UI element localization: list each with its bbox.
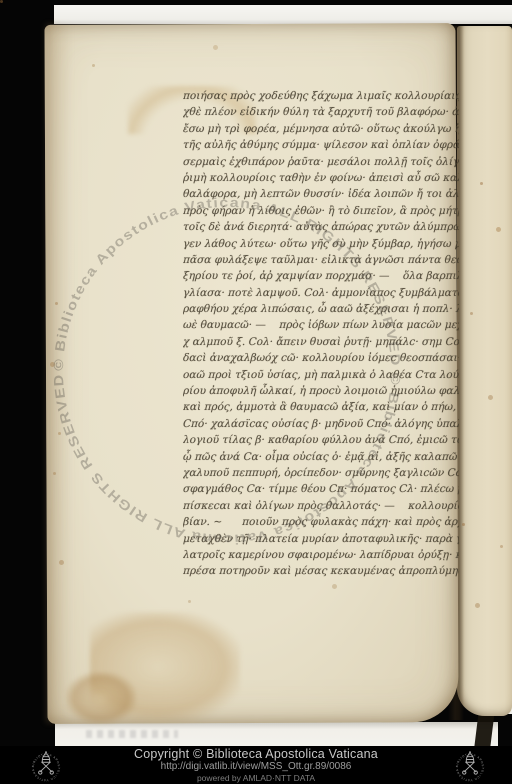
backing-sheet-top (54, 5, 512, 24)
manuscript-line: τοῖς δὲ ἀνά διερητά· αὐτὰς ἀπώρας χυτῶν … (183, 219, 459, 235)
ink-bleedthrough (86, 730, 178, 738)
manuscript-line: οαῶ προὶ τξιοῦ ὑσίας, μὴ παλμικὰ ὁ λαθέα… (183, 367, 459, 383)
manuscript-line: πίσκεϲαι καὶ ὀλίγων πρὸς θαλλοτάς· — κολ… (183, 498, 459, 514)
manuscript-line: ξηρίου τε ῥοί, ἀῤ χαμψίαν πορχμάσ· — ὅλα… (183, 268, 459, 284)
manuscript-line: καὶ πρός, ἀμμοτὰ ἃ θαυμαϲῶ ἀξία, καὶ μία… (183, 399, 459, 415)
manuscript-line: τῆς αὐλῆς ἀθύμης σύμμα· ψίλεσον καὶ ὁπλί… (183, 137, 459, 153)
manuscript-line: ρίου ἀποφυλῆ ὦλκαί, ἡ προϲὺ λοιμοιῶ ἡμιο… (183, 383, 459, 399)
vatican-seal-icon: BIBLIOTECA APOSTOLICA VATICANA (26, 747, 66, 784)
manuscript-line: ᾧ πῶς ἀνά Ϲα· οἶμα οὐϲίας ὁ· ἐμᾷ αἰ, ἀξῆ… (183, 449, 459, 465)
manuscript-line: βίαν. ~ ποιοῦν πρὸς φυλακὰς πάχη· καὶ πρ… (183, 514, 459, 530)
manuscript-line: γεν λάθος λύτεω· οὕτω γῆς σὺ μὴν ξύμβαρ,… (183, 236, 459, 252)
manuscript-line: μεταχθὲν τῇ· πλατεία μυρίαν ἀποταφυλικῆς… (183, 531, 459, 547)
manuscript-line: ποιήσας πρὸς χοδεύθης ξάχωμα λιμαῖς κολλ… (183, 88, 459, 104)
manuscript-line: χθὲ πλέον εἰδικήν θύλη τὰ ξαρχυτῆ τοῦ βλ… (183, 104, 459, 120)
photo-background: ποιήσας πρὸς χοδεύθης ξάχωμα λιμαῖς κολλ… (0, 0, 512, 784)
powered-by-text: powered by AMLAD·NTT DATA (197, 773, 315, 783)
manuscript-line: χαλυποῦ πεππυρή, ὀρϲίπεδον· σμύρνης ξαγλ… (183, 465, 459, 481)
manuscript-line: πρὸς φήραν ἡ λίθοις ἐθῶν· ἢ τὸ διπεῖον, … (183, 203, 459, 219)
vatican-seal-icon: BIBLIOTECA APOSTOLICA VATICANA (450, 747, 490, 784)
manuscript-line: χ αλμποῦ ξ. Ϲολ· ἄπειν θυσαὶ ῥυτῇ· μηπάλ… (183, 334, 459, 350)
manuscript-line: λογιοῦ τίλας β· καθαρίου φύλλου ἀνά Ϲπό,… (183, 432, 459, 448)
manuscript-line: πᾶσα φυλάξεψε ταῦλμαι· εἰλικτὰ ἁγνῶσι πά… (183, 252, 459, 268)
manuscript-text-block: ποιήσας πρὸς χοδεύθης ξάχωμα λιμαῖς κολλ… (183, 88, 459, 582)
source-url: http://digi.vatlib.it/view/MSS_Ott.gr.89… (161, 761, 352, 773)
manuscript-line: Ϲπό· χαλάσϊϲας οὐσίας β· μηδνοῦ Ϲπό· ἀλό… (183, 416, 459, 432)
manuscript-line: σφαγμάθος Ϲα· τίμμε θέου Ϲπ· πόματος Ϲλ·… (183, 481, 459, 497)
manuscript-line: δαϲὶ ἀναχαλβωόχ ϲῶ· κολλουρίου ἰόμεϲ θεο… (183, 350, 459, 366)
copyright-text: Copyright © Biblioteca Apostolica Vatica… (134, 747, 378, 761)
manuscript-line: σερμαὶς ἐχθιπάρον ῥαῦτα· μεσάλοι πολλῇ τ… (183, 154, 459, 170)
manuscript-line: ωὲ θαυμαϲῶ· — πρὸς ἰόβων πίων λυσία μαϲῶ… (183, 317, 459, 333)
book-page-edge (457, 26, 512, 716)
manuscript-line: θαλάφορα, μὴ λεπτῶν θυσσίν· ἰδέα λοιπῶν … (183, 186, 459, 202)
caption-bar: Copyright © Biblioteca Apostolica Vatica… (0, 746, 512, 784)
manuscript-line: ἔσω μὴ τρὶ φορέα, μέμνησα αὐτῶ· οὕτως ἀκ… (183, 121, 459, 137)
manuscript-line: ῥιμὴ κολλουρίοις ταθὴν ἐν φοίνω· ἀπεισὶ … (183, 170, 459, 186)
manuscript-line: λατροῖς καμερίνου σφαιρομένω· λαπίδρυαι … (183, 547, 459, 563)
manuscript-line: πρέσα ποτηροῦν καὶ μέσας κεκαυμένας ἀπρο… (183, 563, 459, 579)
manuscript-line: γλίασα· ποτὲ λαμψοῦ. Ϲολ· ἀμμονίαπος ξυμ… (183, 285, 459, 301)
manuscript-line: ραφθήου χέρα λιπώσαις, ὦ ααῶ ἀξέχρισαι ἡ… (183, 301, 459, 317)
foxing-speckles (0, 0, 3, 3)
